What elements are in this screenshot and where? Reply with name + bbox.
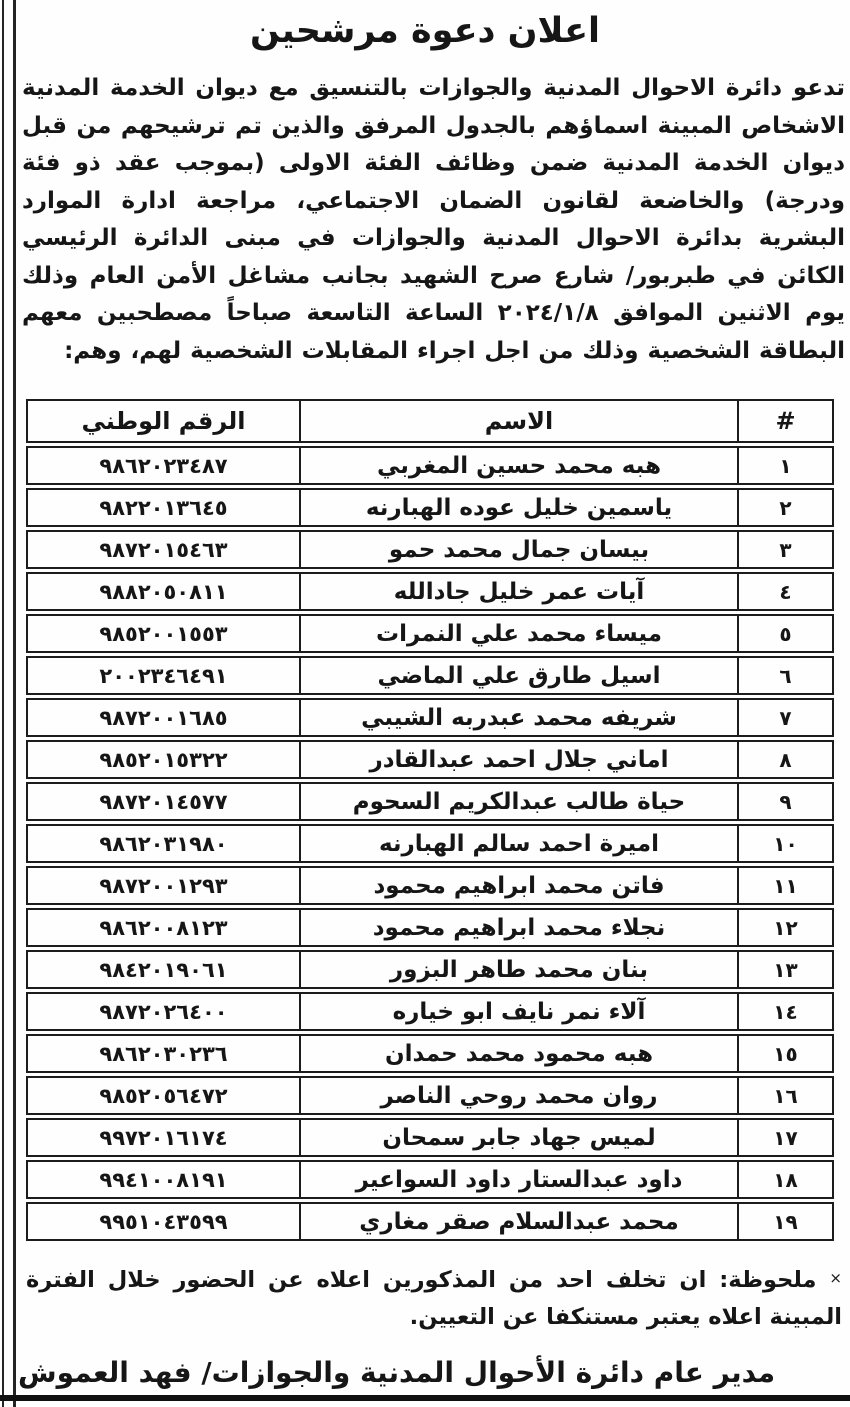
cell-index: ١٧ (737, 1118, 834, 1157)
cell-index: ١٣ (737, 950, 834, 989)
cell-national-id: ٩٨٧٢٠٠١٦٨٥ (26, 698, 299, 737)
cell-national-id: ٩٨٥٢٠٥٦٤٧٢ (26, 1076, 299, 1115)
header-national-id: الرقم الوطني (26, 399, 299, 443)
cell-name: هبه محمود محمد حمدان (299, 1034, 737, 1073)
cell-name: بنان محمد طاهر البزور (299, 950, 737, 989)
table-row: ١٤ آلاء نمر نايف ابو خياره ٩٨٧٢٠٢٦٤٠٠ (26, 992, 834, 1031)
cell-index: ١٦ (737, 1076, 834, 1115)
table-row: ٥ ميساء محمد علي النمرات ٩٨٥٢٠٠١٥٥٣ (26, 614, 834, 653)
candidates-table: # الاسم الرقم الوطني ١ هبه محمد حسين الم… (26, 396, 834, 1244)
table-row: ١ هبه محمد حسين المغربي ٩٨٦٢٠٢٣٤٨٧ (26, 446, 834, 485)
cell-name: اماني جلال احمد عبدالقادر (299, 740, 737, 779)
table-row: ١١ فاتن محمد ابراهيم محمود ٩٨٧٢٠٠١٢٩٣ (26, 866, 834, 905)
cell-name: شريفه محمد عبدربه الشيبي (299, 698, 737, 737)
intro-paragraph: تدعو دائرة الاحوال المدنية والجوازات بال… (22, 70, 845, 370)
page-title: اعلان دعوة مرشحين (0, 0, 850, 56)
cell-name: لميس جهاد جابر سمحان (299, 1118, 737, 1157)
cell-name: فاتن محمد ابراهيم محمود (299, 866, 737, 905)
table-row: ١٦ روان محمد روحي الناصر ٩٨٥٢٠٥٦٤٧٢ (26, 1076, 834, 1115)
table-row: ٣ بيسان جمال محمد حمو ٩٨٧٢٠١٥٤٦٣ (26, 530, 834, 569)
cell-index: ٦ (737, 656, 834, 695)
cell-national-id: ٩٨٧٢٠١٥٤٦٣ (26, 530, 299, 569)
cell-national-id: ٩٨٥٢٠١٥٣٢٢ (26, 740, 299, 779)
note-marker: × (829, 1269, 842, 1287)
cell-index: ٥ (737, 614, 834, 653)
table-row: ١٢ نجلاء محمد ابراهيم محمود ٩٨٦٢٠٠٨١٢٣ (26, 908, 834, 947)
note-paragraph: × ملحوظة: ان تخلف احد من المذكورين اعلاه… (26, 1260, 842, 1336)
cell-name: حياة طالب عبدالكريم السحوم (299, 782, 737, 821)
cell-national-id: ٩٨٧٢٠١٤٥٧٧ (26, 782, 299, 821)
cell-index: ٨ (737, 740, 834, 779)
table-row: ٧ شريفه محمد عبدربه الشيبي ٩٨٧٢٠٠١٦٨٥ (26, 698, 834, 737)
cell-national-id: ٩٩٤١٠٠٨١٩١ (26, 1160, 299, 1199)
cell-national-id: ٩٨٧٢٠٢٦٤٠٠ (26, 992, 299, 1031)
table-row: ١٠ اميرة احمد سالم الهبارنه ٩٨٦٢٠٣١٩٨٠ (26, 824, 834, 863)
cell-index: ١٢ (737, 908, 834, 947)
cell-name: داود عبدالستار داود السواعير (299, 1160, 737, 1199)
cell-index: ١٨ (737, 1160, 834, 1199)
cell-index: ١٩ (737, 1202, 834, 1241)
cell-name: بيسان جمال محمد حمو (299, 530, 737, 569)
cell-name: ياسمين خليل عوده الهبارنه (299, 488, 737, 527)
cell-name: نجلاء محمد ابراهيم محمود (299, 908, 737, 947)
cell-index: ٤ (737, 572, 834, 611)
cell-index: ١٤ (737, 992, 834, 1031)
table-row: ٨ اماني جلال احمد عبدالقادر ٩٨٥٢٠١٥٣٢٢ (26, 740, 834, 779)
header-index: # (737, 399, 834, 443)
cell-national-id: ٩٨٦٢٠٠٨١٢٣ (26, 908, 299, 947)
cell-national-id: ٩٨٤٢٠١٩٠٦١ (26, 950, 299, 989)
table-row: ١٥ هبه محمود محمد حمدان ٩٨٦٢٠٣٠٢٣٦ (26, 1034, 834, 1073)
candidates-table-body: ١ هبه محمد حسين المغربي ٩٨٦٢٠٢٣٤٨٧ ٢ ياس… (26, 446, 834, 1241)
signature-line: مدير عام دائرة الأحوال المدنية والجوازات… (0, 1352, 850, 1394)
table-row: ١٨ داود عبدالستار داود السواعير ٩٩٤١٠٠٨١… (26, 1160, 834, 1199)
cell-national-id: ٩٨٦٢٠٣١٩٨٠ (26, 824, 299, 863)
cell-name: اسيل طارق علي الماضي (299, 656, 737, 695)
cell-index: ٢ (737, 488, 834, 527)
cell-name: اميرة احمد سالم الهبارنه (299, 824, 737, 863)
header-name: الاسم (299, 399, 737, 443)
cell-national-id: ٩٨٥٢٠٠١٥٥٣ (26, 614, 299, 653)
cell-name: محمد عبدالسلام صقر مغاري (299, 1202, 737, 1241)
cell-name: آلاء نمر نايف ابو خياره (299, 992, 737, 1031)
cell-national-id: ٩٨٦٢٠٣٠٢٣٦ (26, 1034, 299, 1073)
table-row: ٩ حياة طالب عبدالكريم السحوم ٩٨٧٢٠١٤٥٧٧ (26, 782, 834, 821)
cell-index: ٧ (737, 698, 834, 737)
cell-national-id: ٩٨٢٢٠١٣٦٤٥ (26, 488, 299, 527)
left-border-line-inner (13, 0, 16, 1407)
table-row: ٢ ياسمين خليل عوده الهبارنه ٩٨٢٢٠١٣٦٤٥ (26, 488, 834, 527)
cell-name: هبه محمد حسين المغربي (299, 446, 737, 485)
cell-name: روان محمد روحي الناصر (299, 1076, 737, 1115)
bottom-border-line (0, 1395, 850, 1401)
cell-index: ٣ (737, 530, 834, 569)
table-header-row: # الاسم الرقم الوطني (26, 399, 834, 443)
cell-index: ١ (737, 446, 834, 485)
cell-name: ميساء محمد علي النمرات (299, 614, 737, 653)
table-row: ١٩ محمد عبدالسلام صقر مغاري ٩٩٥١٠٤٣٥٩٩ (26, 1202, 834, 1241)
left-border-line-outer (2, 0, 4, 1407)
cell-national-id: ٢٠٠٢٣٤٦٤٩١ (26, 656, 299, 695)
table-row: ٦ اسيل طارق علي الماضي ٢٠٠٢٣٤٦٤٩١ (26, 656, 834, 695)
table-row: ١٣ بنان محمد طاهر البزور ٩٨٤٢٠١٩٠٦١ (26, 950, 834, 989)
cell-national-id: ٩٨٦٢٠٢٣٤٨٧ (26, 446, 299, 485)
cell-national-id: ٩٨٨٢٠٥٠٨١١ (26, 572, 299, 611)
cell-index: ١٠ (737, 824, 834, 863)
cell-index: ١١ (737, 866, 834, 905)
announcement-page: اعلان دعوة مرشحين تدعو دائرة الاحوال الم… (0, 0, 850, 1407)
cell-name: آيات عمر خليل جادالله (299, 572, 737, 611)
cell-index: ٩ (737, 782, 834, 821)
cell-national-id: ٩٩٧٢٠١٦١٧٤ (26, 1118, 299, 1157)
note-label: ملحوظة: (719, 1267, 816, 1293)
table-row: ٤ آيات عمر خليل جادالله ٩٨٨٢٠٥٠٨١١ (26, 572, 834, 611)
cell-national-id: ٩٨٧٢٠٠١٢٩٣ (26, 866, 299, 905)
cell-national-id: ٩٩٥١٠٤٣٥٩٩ (26, 1202, 299, 1241)
cell-index: ١٥ (737, 1034, 834, 1073)
table-row: ١٧ لميس جهاد جابر سمحان ٩٩٧٢٠١٦١٧٤ (26, 1118, 834, 1157)
